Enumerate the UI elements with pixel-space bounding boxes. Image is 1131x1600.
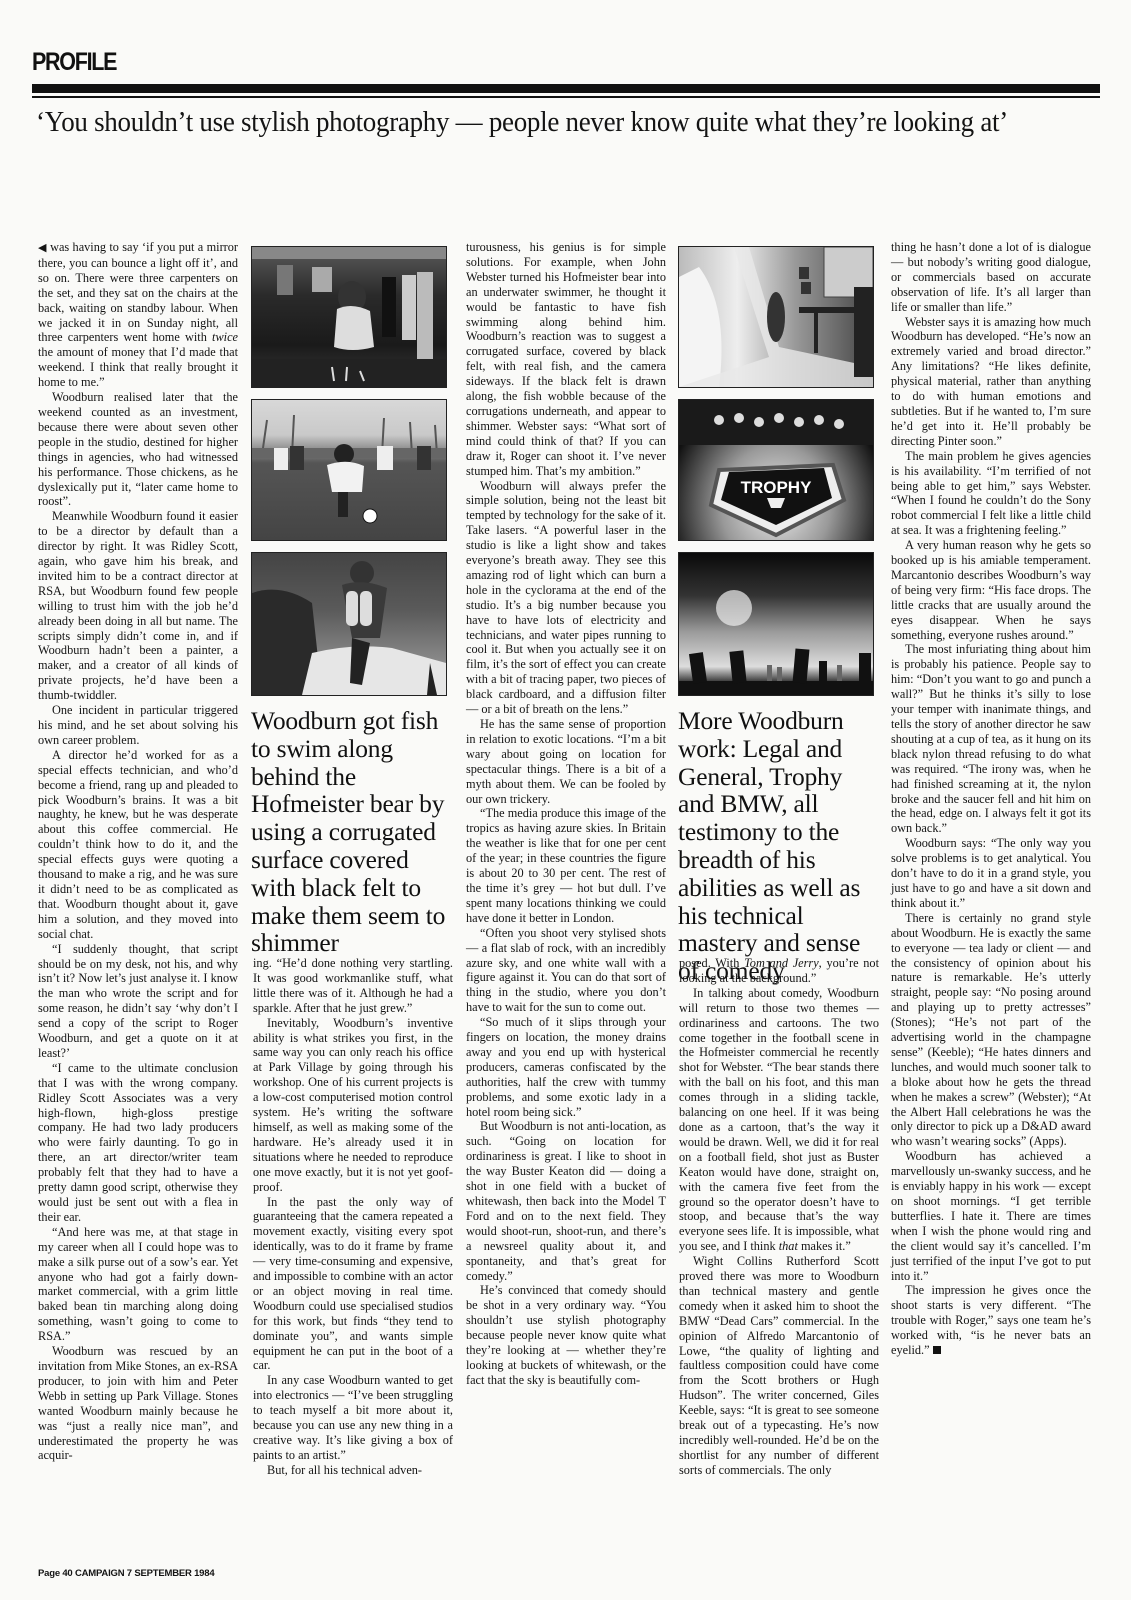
paragraph: Wight Collins Rutherford Scott proved th… [679, 1254, 879, 1478]
paragraph: In talking about comedy, Woodburn will r… [679, 986, 879, 1254]
paragraph: posed. With Tom and Jerry, you’re not lo… [679, 956, 879, 986]
paragraph: Webster says it is amazing how much Wood… [891, 315, 1091, 449]
photo-bmw-dead-cars [678, 552, 874, 696]
paragraph: But, for all his technical adven- [253, 1463, 453, 1478]
paragraph: “And here was me, at that stage in my ca… [38, 1225, 238, 1344]
paragraph: “The media produce this image of the tro… [466, 806, 666, 925]
photo-bear-dancing [251, 246, 447, 388]
header-rule-thin [32, 96, 1100, 98]
section-label: PROFILE [32, 48, 116, 77]
paragraph: Woodburn says: “The only way you solve p… [891, 836, 1091, 911]
paragraph: Inevitably, Woodburn’s inventive ability… [253, 1016, 453, 1195]
paragraph: ing. “He’d done nothing very startling. … [253, 956, 453, 1016]
paragraph: “I suddenly thought, that script should … [38, 942, 238, 1061]
photo-stack-left: Woodburn got fish to swim along behind t… [251, 246, 447, 961]
end-mark-icon [933, 1346, 941, 1354]
paragraph: One incident in particular triggered his… [38, 703, 238, 748]
article-column-2: ing. “He’d done nothing very startling. … [253, 956, 453, 1478]
svg-text:TROPHY: TROPHY [741, 478, 813, 497]
photo-bear-underwater [251, 552, 447, 696]
continued-arrow-icon: ◀ [38, 242, 47, 254]
paragraph: But Woodburn is not anti-location, as su… [466, 1119, 666, 1283]
paragraph: Woodburn realised later that the weekend… [38, 390, 238, 509]
article-column-5: thing he hasn’t done a lot of is dialogu… [891, 240, 1091, 1358]
photo-trophy-crowd: TROPHY [678, 399, 874, 541]
flooding-stairs-image-icon [679, 247, 873, 387]
photo-stack-right: TROPHY More Woodburn work: Legal and Gen… [678, 246, 874, 989]
paragraph: Woodburn will always prefer the simple s… [466, 479, 666, 718]
paragraph: “So much of it slips through your finger… [466, 1015, 666, 1119]
dead-cars-image-icon [679, 553, 873, 695]
paragraph: turousness, his genius is for simple sol… [466, 240, 666, 479]
paragraph: The main problem he gives agencies is hi… [891, 449, 1091, 538]
article-column-1: ◀ was having to say ‘if you put a mirror… [38, 240, 238, 1463]
page-footer: Page 40 CAMPAIGN 7 SEPTEMBER 1984 [38, 1568, 214, 1579]
bear-dancing-image-icon [252, 247, 446, 387]
paragraph: In any case Woodburn wanted to get into … [253, 1373, 453, 1462]
bear-underwater-image-icon [252, 553, 446, 695]
paragraph: ◀ was having to say ‘if you put a mirror… [38, 240, 238, 390]
paragraph: There is certainly no grand style about … [891, 911, 1091, 1150]
paragraph: Meanwhile Woodburn found it easier to be… [38, 509, 238, 703]
paragraph: The impression he gives once the shoot s… [891, 1283, 1091, 1358]
paragraph: A very human reason why he gets so booke… [891, 538, 1091, 642]
article-column-4: posed. With Tom and Jerry, you’re not lo… [679, 956, 879, 1478]
pull-quote-headline: ‘You shouldn’t use stylish photography —… [36, 104, 1031, 140]
paragraph: “I came to the ultimate conclusion that … [38, 1061, 238, 1225]
paragraph: He’s convinced that comedy should be sho… [466, 1283, 666, 1387]
paragraph: Woodburn was rescued by an invitation fr… [38, 1344, 238, 1463]
photo-bear-football [251, 399, 447, 541]
paragraph: “Often you shoot very stylised shots — a… [466, 926, 666, 1015]
paragraph: He has the same sense of proportion in r… [466, 717, 666, 806]
paragraph: In the past the only way of guaranteeing… [253, 1195, 453, 1374]
trophy-shield-image-icon: TROPHY [679, 400, 873, 540]
paragraph: Woodburn has achieved a marvellously un-… [891, 1149, 1091, 1283]
header-rule-thick [32, 84, 1100, 93]
paragraph: thing he hasn’t done a lot of is dialogu… [891, 240, 1091, 315]
photo-flooding-stairs [678, 246, 874, 388]
photo-caption-left: Woodburn got fish to swim along behind t… [251, 707, 447, 957]
article-column-3: turousness, his genius is for simple sol… [466, 240, 666, 1388]
paragraph: The most infuriating thing about him is … [891, 642, 1091, 836]
paragraph: A director he’d worked for as a special … [38, 748, 238, 942]
photo-caption-right: More Woodburn work: Legal and General, T… [678, 707, 874, 985]
bear-football-image-icon [252, 400, 446, 540]
